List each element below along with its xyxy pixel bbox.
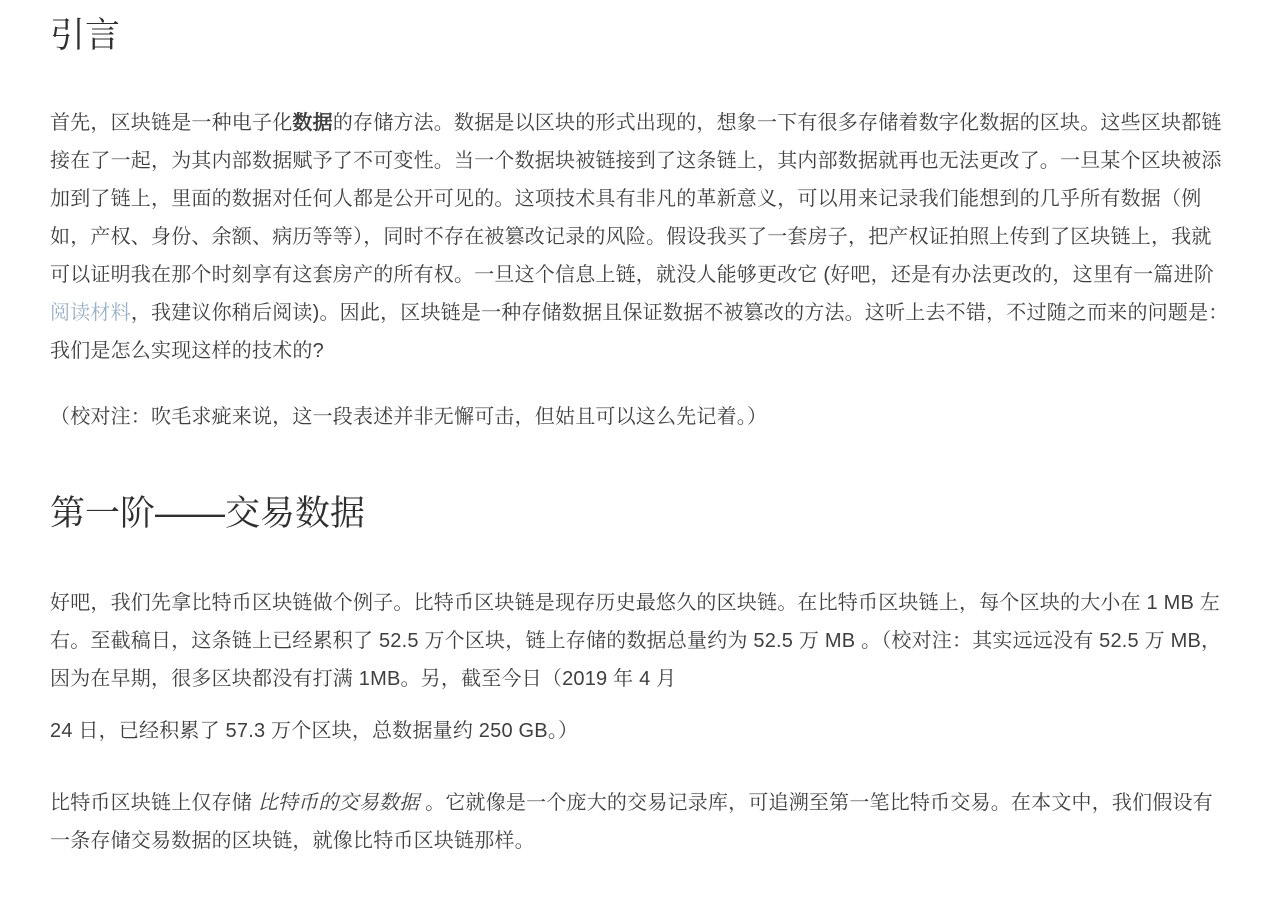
- bitcoin-example-paragraph: 好吧，我们先拿比特币区块链做个例子。比特币区块链是现存历史最悠久的区块链。在比特…: [50, 584, 1230, 698]
- section-heading-introduction: 引言: [50, 14, 1230, 58]
- proofreader-note-continued: 24 日，已经积累了 57.3 万个区块，总数据量约 250 GB。）: [50, 712, 1230, 750]
- transaction-storage-paragraph: 比特币区块链上仅存储 比特币的交易数据 。它就像是一个庞大的交易记录库，可追溯至…: [50, 784, 1230, 860]
- text-segment: 首先，区块链是一种电子化: [50, 112, 292, 134]
- intro-paragraph: 首先，区块链是一种电子化数据的存储方法。数据是以区块的形式出现的，想象一下有很多…: [50, 104, 1230, 370]
- text-segment: 的存储方法。数据是以区块的形式出现的，想象一下有很多存储着数字化数据的区块。这些…: [50, 112, 1222, 286]
- proofreader-note-paragraph: （校对注：吹毛求疵来说，这一段表述并非无懈可击，但姑且可以这么先记着。）: [50, 398, 1230, 436]
- article-content: 引言 首先，区块链是一种电子化数据的存储方法。数据是以区块的形式出现的，想象一下…: [50, 0, 1230, 860]
- reading-material-link[interactable]: 阅读材料: [50, 302, 131, 324]
- text-segment: ，我建议你稍后阅读)。因此，区块链是一种存储数据且保证数据不被篡改的方法。这听上…: [50, 302, 1228, 362]
- section-heading-transaction-data: 第一阶——交易数据: [50, 492, 1230, 536]
- italic-text-bitcoin-transaction-data: 比特币的交易数据: [258, 792, 420, 814]
- text-segment: 比特币区块链上仅存储: [50, 792, 258, 814]
- bold-text-data: 数据: [292, 112, 332, 134]
